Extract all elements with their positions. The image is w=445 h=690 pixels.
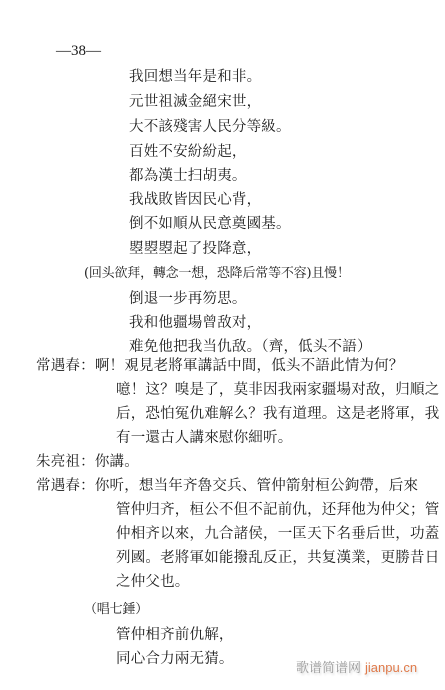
dialogue-line: 仲相齐以來，九合諸侯，一匡天下名垂后世，功蓋 bbox=[116, 525, 439, 543]
verse-line: 我和他疆場曾敌对， bbox=[129, 314, 261, 332]
speaker-name: 常遇春： bbox=[36, 477, 95, 495]
verse-line: 都為漢士扫胡夷。 bbox=[129, 167, 247, 185]
verse-line: 我战敗皆因民心背， bbox=[129, 191, 261, 209]
dialogue-text: 你講。 bbox=[95, 454, 139, 470]
dialogue-line: 列國。老將軍如能撥乱反正，共复漢業，更勝昔日 bbox=[116, 549, 439, 567]
verse-line: 管仲相齐前仇解， bbox=[116, 626, 234, 644]
stage-direction: (回头欲拜，轉念一想，恐降后常等不容)且慢！ bbox=[84, 265, 350, 283]
verse-line: 同心合力兩无猜。 bbox=[116, 650, 234, 668]
dialogue-line: 之仲父也。 bbox=[116, 573, 190, 591]
verse-line: 难免他把我当仇敌。（齊，低头不語） bbox=[129, 338, 372, 356]
watermark-label: 歌谱简谱网 bbox=[296, 661, 361, 676]
verse-line: 元世祖滅金絕宋世， bbox=[129, 93, 261, 111]
dialogue-text: 你听，想当年齐魯交兵、管仲箭射桓公鉤帶，后來 bbox=[95, 478, 418, 494]
speaker-name: 朱亮祖： bbox=[36, 453, 95, 471]
verse-line: 我回想当年是和非。 bbox=[129, 68, 261, 86]
page-number: —38— bbox=[56, 43, 101, 60]
speaker-name: 常遇春： bbox=[36, 357, 95, 375]
dialogue-line: 朱亮祖：你講。 bbox=[36, 453, 139, 471]
verse-line: 百姓不安紛紛起， bbox=[129, 143, 247, 161]
dialogue-line: 常遇春：你听，想当年齐魯交兵、管仲箭射桓公鉤帶，后來 bbox=[36, 477, 418, 495]
verse-line: 倒不如順从民意奠國基。 bbox=[129, 215, 291, 233]
verse-line: 倒退一步再笏思。 bbox=[129, 290, 247, 308]
dialogue-line: 噫！这？嗅是了，莫非因我兩家疆場对敌，归順之 bbox=[116, 381, 439, 399]
watermark-site: jianpu.cn bbox=[365, 660, 417, 675]
dialogue-text: 啊！覌見老將軍講話中間，低头不語此情为何？ bbox=[95, 358, 404, 374]
dialogue-line: 有一還古人講來慰你細听。 bbox=[116, 429, 292, 447]
dialogue-line: 管仲归齐，桓公不但不記前仇，还拜他为仲父；管 bbox=[116, 501, 439, 519]
verse-line: 曌曌曌起了投降意， bbox=[129, 240, 261, 258]
dialogue-line: 常遇春：啊！覌見老將軍講話中間，低头不語此情为何？ bbox=[36, 357, 404, 375]
stage-direction: （唱七錘） bbox=[84, 601, 148, 619]
dialogue-line: 后，恐怕冤仇难解么？我有道理。这是老將軍，我 bbox=[116, 405, 439, 423]
verse-line: 大不該殘害人民分等級。 bbox=[129, 118, 291, 136]
watermark: 歌谱简谱网jianpu.cn bbox=[296, 657, 417, 676]
